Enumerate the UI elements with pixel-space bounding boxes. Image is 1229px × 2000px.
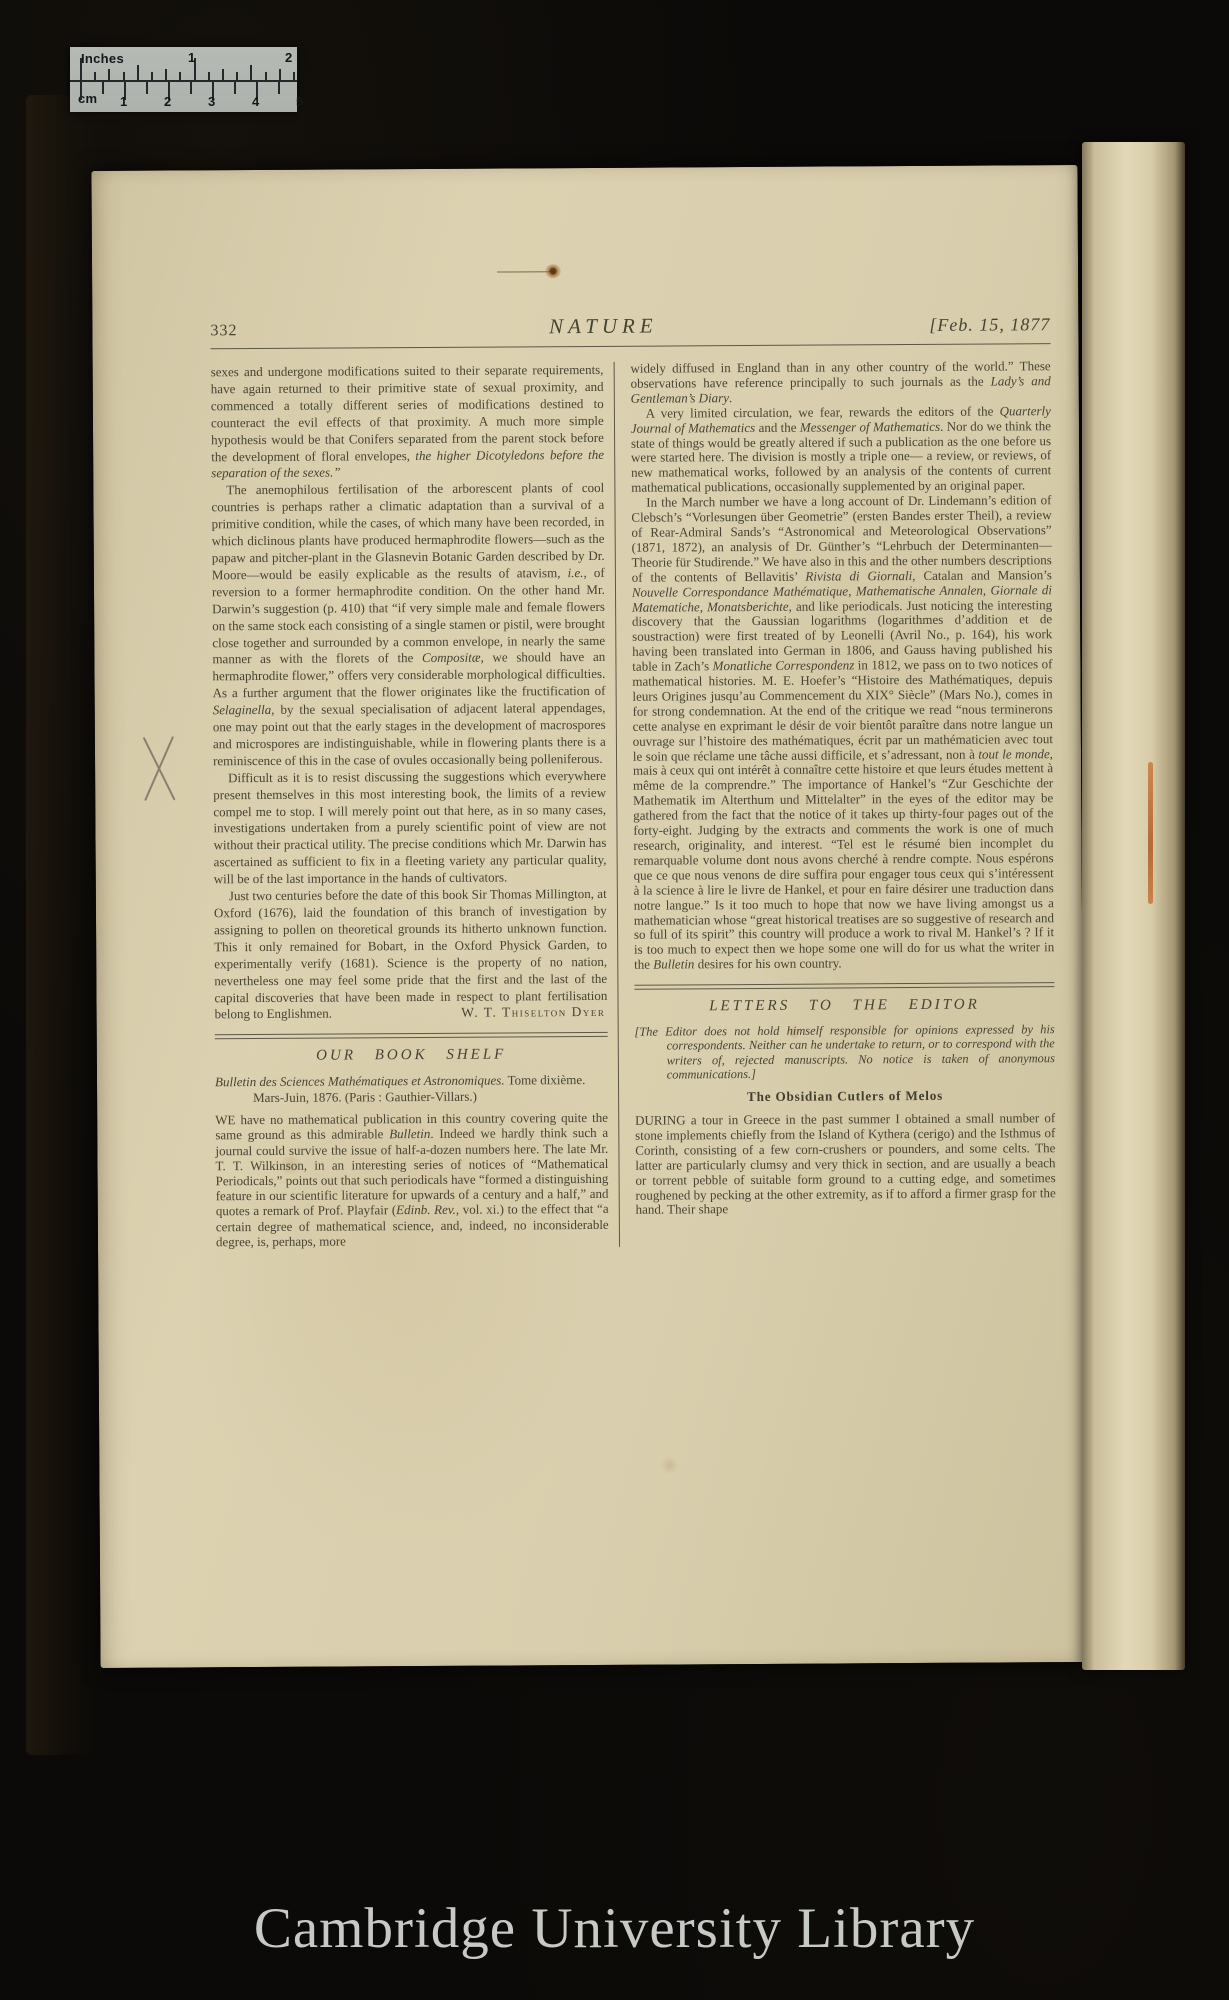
review-paragraph: Difficult as it is to resist discussing … xyxy=(213,768,607,889)
review-paragraph: A very limited circulation, we fear, rew… xyxy=(631,404,1052,496)
foxing-spot xyxy=(659,1457,679,1473)
review-paragraph: The anemophilous fertilisation of the ar… xyxy=(211,480,606,770)
section-divider-rule xyxy=(215,1032,608,1039)
review-paragraph: sexes and undergone modifications suited… xyxy=(211,362,605,483)
review-paragraph: widely diffused in England than in any o… xyxy=(630,359,1050,406)
ink-blot xyxy=(545,264,561,278)
scanned-page: 332 NATURE [Feb. 15, 1877 sexes and unde… xyxy=(91,165,1086,1668)
book-reference: Bulletin des Sciences Mathématiques et A… xyxy=(215,1072,608,1106)
book-shelf-body: WE have no mathematical publication in t… xyxy=(215,1110,609,1249)
journal-title: NATURE xyxy=(549,314,658,340)
page-number: 332 xyxy=(210,322,237,340)
page-header: 332 NATURE [Feb. 15, 1877 xyxy=(210,311,1050,341)
scanned-book-photo: { "ruler": { "top_unit": "Inches", "bott… xyxy=(0,0,1229,2000)
orange-streak xyxy=(1148,762,1153,904)
facing-page-edge xyxy=(1082,142,1185,1670)
review-paragraph: In the March number we have a long accou… xyxy=(631,493,1054,973)
letter-title: The Obsidian Cutlers of Melos xyxy=(635,1087,1055,1106)
book-shelf-heading: OUR BOOK SHELF xyxy=(215,1046,608,1065)
stain-scratch-mark xyxy=(497,264,557,278)
pencil-x-annotation xyxy=(139,736,179,802)
left-column: sexes and undergone modifications suited… xyxy=(211,362,620,1249)
book-cover-edge xyxy=(26,95,100,1755)
header-rule xyxy=(211,343,1051,349)
text-columns: sexes and undergone modifications suited… xyxy=(211,359,1056,1249)
letter-body: DURING a tour in Greece in the past summ… xyxy=(635,1111,1056,1218)
right-column: widely diffused in England than in any o… xyxy=(614,359,1056,1247)
editor-disclaimer: [The Editor does not hold himself respon… xyxy=(634,1022,1055,1083)
ruler-inches-label: Inches xyxy=(81,51,124,66)
issue-date: [Feb. 15, 1877 xyxy=(929,314,1050,336)
section-divider-rule xyxy=(634,982,1054,989)
review-paragraph: Just two centuries before the date of th… xyxy=(214,886,608,1024)
library-watermark: Cambridge University Library xyxy=(0,1896,1229,1961)
letters-heading: LETTERS TO THE EDITOR xyxy=(634,996,1054,1016)
ruler: Inches cm 12 12345 xyxy=(70,47,297,112)
ruler-midline xyxy=(70,80,297,82)
